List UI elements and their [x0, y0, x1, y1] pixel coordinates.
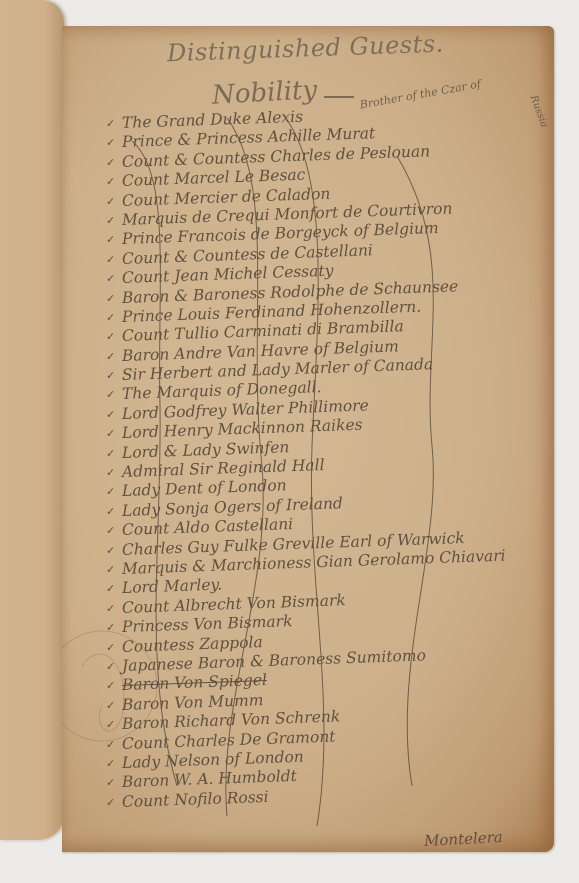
margin-note: Brother of the Czar of	[359, 77, 482, 111]
checkmark-icon: ✓	[106, 715, 115, 734]
guest-entry: ✓Baron Von Spiegel	[106, 676, 554, 695]
signature: Montelera	[424, 828, 504, 850]
manuscript-page: Distinguished Guests. Nobility Brother o…	[62, 26, 554, 852]
guest-list: ✓The Grand Duke Alexis ✓Prince & Princes…	[106, 114, 554, 812]
checkmark-icon: ✓	[106, 618, 115, 637]
checkmark-icon: ✓	[106, 385, 115, 404]
checkmark-icon: ✓	[106, 133, 115, 152]
checkmark-icon: ✓	[106, 211, 115, 230]
section-heading: Nobility	[211, 75, 318, 110]
checkmark-icon: ✓	[106, 579, 115, 598]
checkmark-icon: ✓	[106, 230, 115, 249]
guest-entry: ✓Baron W. A. Humboldt	[106, 773, 554, 792]
checkmark-icon: ✓	[106, 444, 115, 463]
checkmark-icon: ✓	[106, 347, 115, 366]
checkmark-icon: ✓	[106, 424, 115, 443]
checkmark-icon: ✓	[106, 696, 115, 715]
checkmark-icon: ✓	[106, 289, 115, 308]
checkmark-icon: ✓	[106, 172, 115, 191]
checkmark-icon: ✓	[106, 114, 115, 133]
checkmark-icon: ✓	[106, 638, 115, 657]
checkmark-icon: ✓	[106, 327, 115, 346]
checkmark-icon: ✓	[106, 269, 115, 288]
checkmark-icon: ✓	[106, 366, 115, 385]
checkmark-icon: ✓	[106, 521, 115, 540]
checkmark-icon: ✓	[106, 793, 115, 812]
guest-entry: ✓Count Charles De Gramont	[106, 735, 554, 754]
guest-entry: ✓Princess Von Bismark	[106, 618, 554, 637]
guest-entry: ✓Count Nofilo Rossi	[106, 793, 554, 812]
checkmark-icon: ✓	[106, 657, 115, 676]
facing-page-edge	[0, 0, 64, 840]
checkmark-icon: ✓	[106, 502, 115, 521]
checkmark-icon: ✓	[106, 676, 115, 695]
checkmark-icon: ✓	[106, 192, 115, 211]
checkmark-icon: ✓	[106, 599, 115, 618]
checkmark-icon: ✓	[106, 773, 115, 792]
checkmark-icon: ✓	[106, 754, 115, 773]
guest-entry: ✓Lord & Lady Swinfen	[106, 444, 554, 463]
checkmark-icon: ✓	[106, 308, 115, 327]
checkmark-icon: ✓	[106, 463, 115, 482]
checkmark-icon: ✓	[106, 153, 115, 172]
guest-entry: ✓Lord Henry Mackinnon Raikes	[106, 424, 554, 443]
checkmark-icon: ✓	[106, 405, 115, 424]
checkmark-icon: ✓	[106, 482, 115, 501]
checkmark-icon: ✓	[106, 560, 115, 579]
checkmark-icon: ✓	[106, 250, 115, 269]
page-title: Distinguished Guests.	[167, 29, 468, 67]
heading-dash	[324, 96, 354, 98]
checkmark-icon: ✓	[106, 541, 115, 560]
checkmark-icon: ✓	[106, 735, 115, 754]
